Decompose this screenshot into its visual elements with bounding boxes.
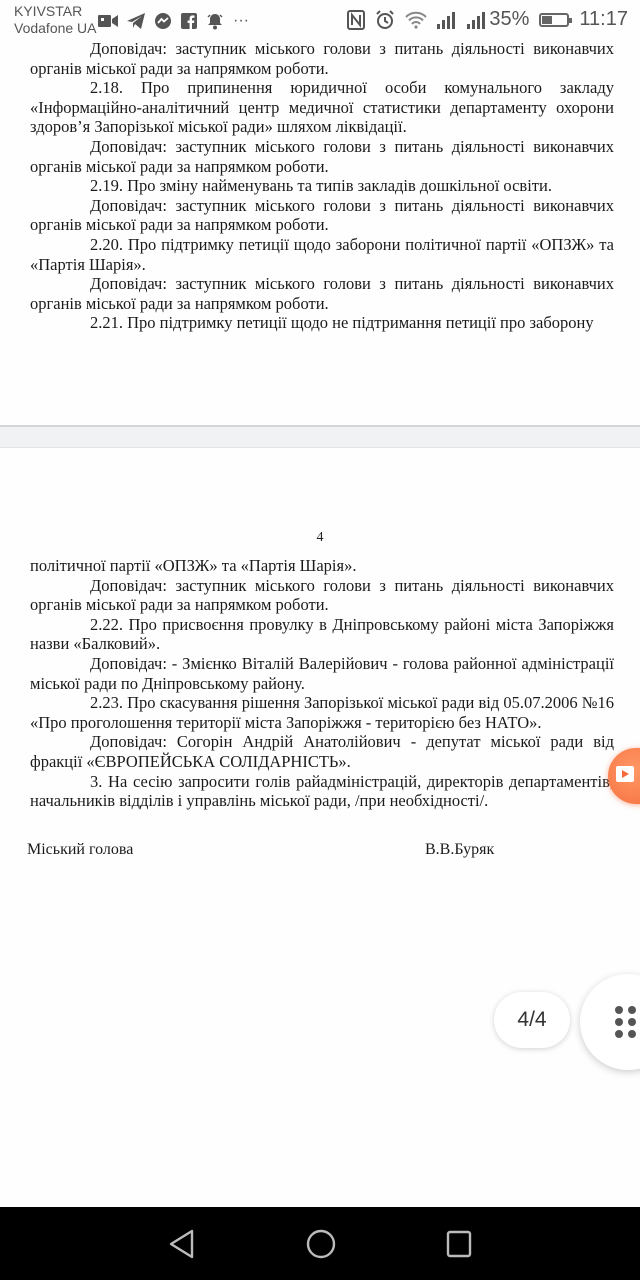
document-paragraph: 2.23. Про скасування рішення Запорізької… [30,693,614,732]
carrier-1: KYIVSTAR [14,3,97,20]
system-icons: 35% 11:17 [347,8,628,31]
telegram-icon [127,13,145,29]
home-icon[interactable] [306,1229,336,1259]
document-paragraph: Доповідач: Согорін Андрій Анатолійович -… [30,732,614,771]
signature-block: Міський голова В.В.Буряк [27,841,507,859]
status-bar: KYIVSTAR Vodafone UA ··· 35% 11:17 [0,0,640,40]
facebook-icon [181,13,197,29]
navigation-bar [0,1207,640,1280]
document-paragraph: Доповідач: заступник міського голови з п… [30,576,614,615]
more-icon: ··· [233,12,249,30]
page-indicator-text: 4/4 [517,1008,546,1032]
document-paragraph: 2.20. Про підтримку петиції щодо заборон… [30,235,614,274]
battery-percent: 35% [489,8,529,31]
document-paragraph: Доповідач: заступник міського голови з п… [30,137,614,176]
wifi-icon [405,11,427,29]
document-paragraph: 2.18. Про припинення юридичної особи ком… [30,78,614,137]
bell-icon [206,12,224,30]
back-icon[interactable] [168,1229,196,1259]
messenger-icon [154,12,172,30]
signal-icon [467,11,487,29]
document-paragraph: 2.21. Про підтримку петиції щодо не підт… [30,313,614,333]
document-page-3[interactable]: Доповідач: заступник міського голови з п… [0,0,640,427]
page-number: 4 [0,530,640,546]
nfc-icon [347,10,365,30]
battery-level [542,16,551,24]
page-4-text: політичної партії «ОПЗЖ» та «Партія Шарі… [30,556,614,811]
page-3-text: Доповідач: заступник міського голови з п… [30,39,614,333]
alarm-icon [375,10,395,30]
signature-name: В.В.Буряк [425,841,494,859]
document-paragraph: 2.19. Про зміну найменувань та типів зак… [30,176,614,196]
document-paragraph: Доповідач: заступник міського голови з п… [30,39,614,78]
video-camera-icon [98,14,118,28]
page-indicator[interactable]: 4/4 [494,992,570,1048]
signal-icon [437,11,457,29]
document-paragraph: Доповідач: - Змієнко Віталій Валерійович… [30,654,614,693]
battery-icon [539,13,569,27]
document-paragraph: 2.22. Про присвоєння провулку в Дніпровс… [30,615,614,654]
document-paragraph: Доповідач: заступник міського голови з п… [30,274,614,313]
video-recorder-icon [616,766,634,782]
notification-icons: ··· [98,12,249,30]
signature-title: Міський голова [27,841,133,858]
recents-icon[interactable] [446,1230,472,1258]
document-paragraph: Доповідач: заступник міського голови з п… [30,196,614,235]
document-paragraph: політичної партії «ОПЗЖ» та «Партія Шарі… [30,556,614,576]
clock: 11:17 [579,8,628,31]
document-page-4[interactable]: 4 політичної партії «ОПЗЖ» та «Партія Ша… [0,447,640,1208]
document-paragraph: 3. На сесію запросити голів райадміністр… [30,772,614,811]
carrier-2: Vodafone UA [14,20,97,37]
grid-dots-icon [615,1006,636,1038]
carrier-info: KYIVSTAR Vodafone UA [14,3,97,37]
